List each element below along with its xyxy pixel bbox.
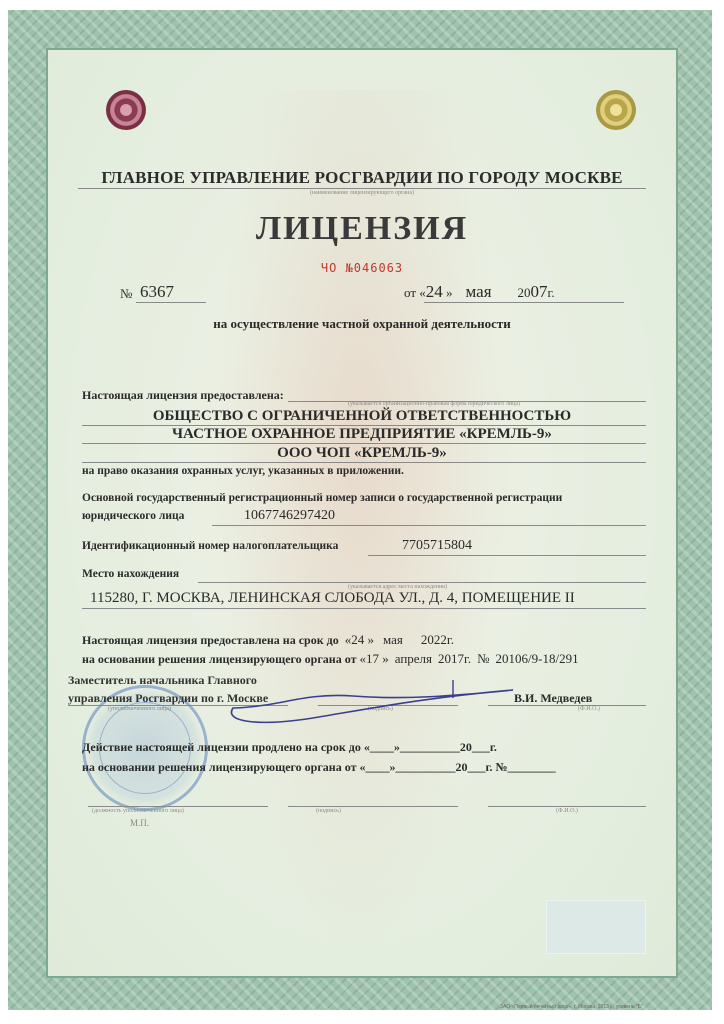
licensee-rights: на право оказания охранных услуг, указан… xyxy=(82,465,404,477)
ogrn-label: Основной государственный регистрационный… xyxy=(82,492,562,504)
printer-imprint: ЗАО «Первый печатный двор», г. Москва, 2… xyxy=(500,1004,643,1010)
granted-caption: (указывается организационно-правовая фор… xyxy=(348,401,520,407)
decision-basis: на основании решения лицензирующего орга… xyxy=(82,651,579,667)
handwritten-signature xyxy=(223,678,523,728)
inn-value: 7705715804 xyxy=(402,538,472,554)
inn-label: Идентификационный номер налогоплательщик… xyxy=(82,540,338,552)
valid-month: мая xyxy=(383,632,403,647)
basis-year: 2017г. xyxy=(438,651,471,666)
issue-month: мая xyxy=(466,282,492,301)
issuing-authority: ГЛАВНОЕ УПРАВЛЕНИЕ РОСГВАРДИИ ПО ГОРОДУ … xyxy=(100,168,624,188)
hologram-sticker xyxy=(546,900,646,954)
decision-number: 20106/9-18/291 xyxy=(496,651,579,666)
ogrn-label-cont: юридического лица xyxy=(82,510,184,522)
document-body: ГЛАВНОЕ УПРАВЛЕНИЕ РОСГВАРДИИ ПО ГОРОДУ … xyxy=(46,48,678,978)
serial-number: ЧО №046063 xyxy=(100,261,624,275)
rosette-emblem-icon xyxy=(106,90,146,130)
basis-day: «17 » xyxy=(359,651,388,666)
granted-label: Настоящая лицензия предоставлена: xyxy=(82,388,284,403)
extension-basis: на основании решения лицензирующего орга… xyxy=(82,760,556,775)
rosette-emblem-icon xyxy=(596,90,636,130)
basis-month: апреля xyxy=(395,651,432,666)
issue-year: 07 xyxy=(531,282,548,301)
license-purpose: на осуществление частной охранной деятел… xyxy=(100,316,624,332)
ogrn-value: 1067746297420 xyxy=(244,508,335,524)
valid-day: «24 » xyxy=(345,632,374,647)
issue-date: от «24 » мая 2007г. xyxy=(404,282,555,302)
address-value: 115280, Г. МОСКВА, ЛЕНИНСКАЯ СЛОБОДА УЛ.… xyxy=(90,590,575,607)
license-number-label: № xyxy=(120,286,132,302)
issue-day: 24 xyxy=(426,282,443,301)
license-number: 6367 xyxy=(140,282,174,302)
validity-term: Настоящая лицензия предоставлена на срок… xyxy=(82,632,454,648)
seal-place-label: М.П. xyxy=(130,818,149,828)
signer-name: В.И. Медведев xyxy=(514,691,592,706)
licensee-short-name: ООО ЧОП «КРЕМЛЬ-9» xyxy=(100,445,624,462)
address-label: Место нахождения xyxy=(82,568,179,580)
extension-term: Действие настоящей лицензии продлено на … xyxy=(82,740,497,755)
document-title: ЛИЦЕНЗИЯ xyxy=(100,210,624,248)
licensee-name-line1: ОБЩЕСТВО С ОГРАНИЧЕННОЙ ОТВЕТСТВЕННОСТЬЮ xyxy=(100,408,624,425)
licensee-name-line2: ЧАСТНОЕ ОХРАННОЕ ПРЕДПРИЯТИЕ «КРЕМЛЬ-9» xyxy=(100,426,624,443)
valid-year: 2022г. xyxy=(421,632,454,647)
authority-caption: (наименование лицензирующего органа) xyxy=(100,190,624,196)
license-sheet: ГЛАВНОЕ УПРАВЛЕНИЕ РОСГВАРДИИ ПО ГОРОДУ … xyxy=(8,10,712,1010)
